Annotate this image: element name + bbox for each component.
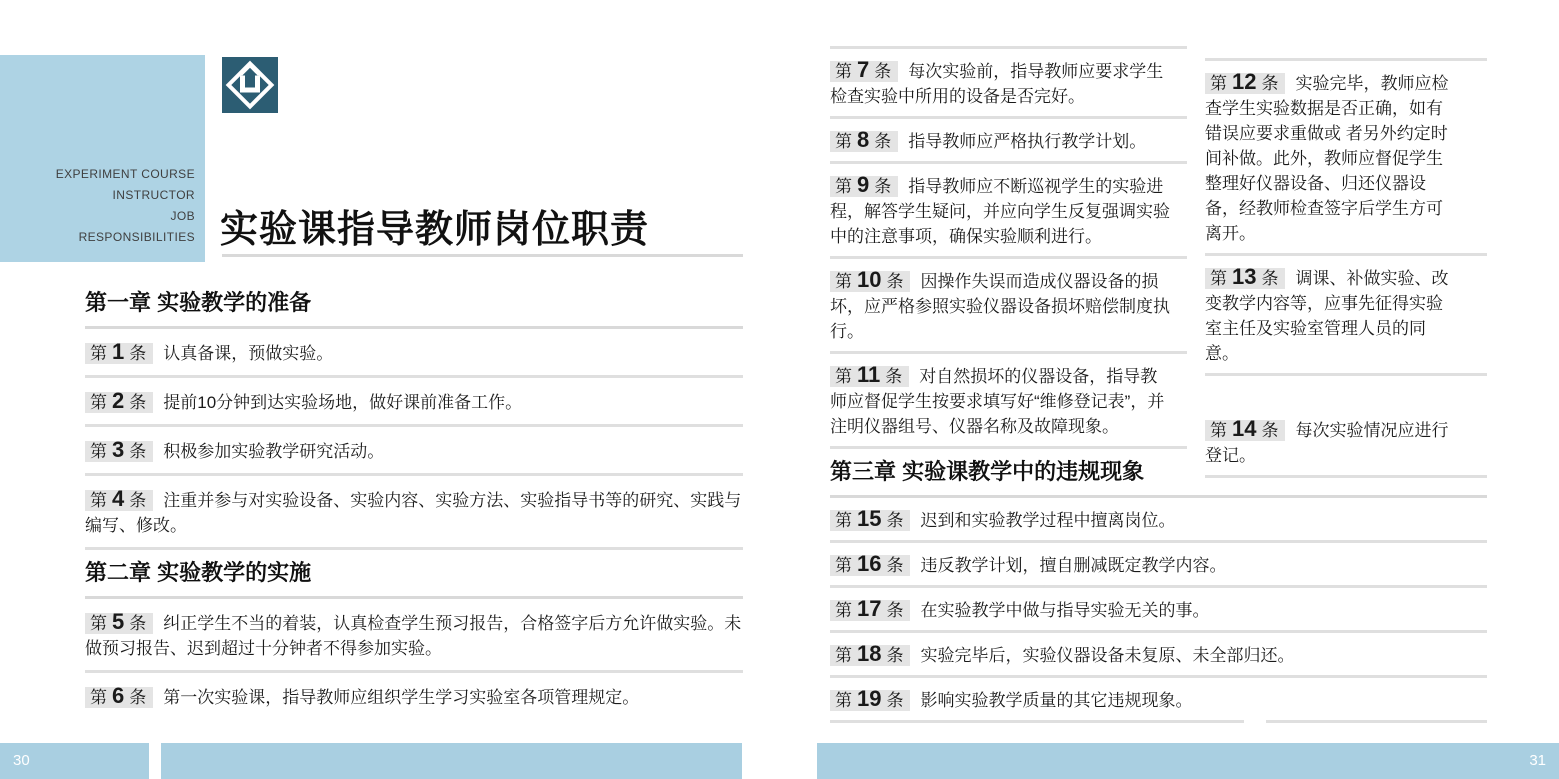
article-number: 11	[857, 362, 880, 387]
article-number: 18	[857, 641, 881, 666]
article-number-chip: 第1条	[85, 343, 153, 364]
article-row: 第15条迟到和实验教学过程中擅离岗位。	[830, 498, 1487, 543]
article-number-chip: 第4条	[85, 490, 153, 511]
article-number: 3	[112, 437, 124, 462]
article-number-suffix: 条	[129, 491, 146, 510]
article-number: 12	[1232, 69, 1256, 94]
article-number-chip: 第16条	[830, 555, 910, 576]
article-number-suffix: 条	[886, 556, 903, 575]
article-number: 15	[857, 506, 881, 531]
article-number-chip: 第3条	[85, 441, 153, 462]
article-number-suffix: 条	[129, 344, 146, 363]
chapter3-section: 第三章 实验课教学中的违规现象 第15条迟到和实验教学过程中擅离岗位。 第16条…	[830, 455, 1487, 723]
article-number-suffix: 条	[129, 688, 146, 707]
article-number-chip: 第10条	[830, 271, 910, 292]
article-row: 第4条注重并参与对实验设备、实验内容、实验方法、实验指导书等的研究、实践与编写、…	[85, 476, 743, 550]
article-text: 纠正学生不当的着装，认真检查学生预习报告，合格签字后方允许做实验。未做预习报告、…	[85, 614, 741, 658]
article-row: 第16条违反教学计划，擅自删减既定教学内容。	[830, 543, 1487, 588]
article-number-chip: 第6条	[85, 687, 153, 708]
article-number: 16	[857, 551, 881, 576]
article-row: 第11条对自然损坏的仪器设备，指导教师应督促学生按要求填写好“维修登记表”，并注…	[830, 354, 1187, 449]
chapter2-heading: 第二章 实验教学的实施	[85, 556, 743, 599]
article-number: 17	[857, 596, 881, 621]
title-underline	[222, 254, 743, 257]
article-number-prefix: 第	[835, 691, 852, 710]
article-number-prefix: 第	[90, 614, 107, 633]
article-number-chip: 第8条	[830, 131, 898, 152]
article-number-suffix: 条	[1261, 74, 1278, 93]
article-text: 指导教师应严格执行教学计划。	[908, 132, 1146, 151]
article-number: 9	[857, 172, 869, 197]
article-number-prefix: 第	[835, 556, 852, 575]
sidebar-line: EXPERIMENT COURSE	[56, 164, 195, 185]
article-row: 第1条认真备课，预做实验。	[85, 329, 743, 378]
article-row: 第10条因操作失误而造成仪器设备的损坏，应严格参照实验仪器设备损坏赔偿制度执行。	[830, 259, 1187, 354]
page-number-left: 30	[13, 752, 30, 769]
article-number-chip: 第15条	[830, 510, 910, 531]
chapter1-articles: 第1条认真备课，预做实验。 第2条提前10分钟到达实验场地，做好课前准备工作。 …	[85, 329, 743, 550]
article-text: 实验完毕，教师应检查学生实验数据是否正确，如有错误应要求重做或 者另外约定时间补…	[1205, 74, 1448, 243]
article-number-suffix: 条	[886, 511, 903, 530]
article-number-chip: 第18条	[830, 645, 910, 666]
sidebar-english-title: EXPERIMENT COURSE INSTRUCTOR JOB RESPONS…	[56, 164, 195, 248]
right-column-a-articles: 第7条每次实验前，指导教师应要求学生检查实验中所用的设备是否完好。 第8条指导教…	[830, 46, 1187, 449]
article-number-suffix: 条	[886, 601, 903, 620]
article-row: 第7条每次实验前，指导教师应要求学生检查实验中所用的设备是否完好。	[830, 49, 1187, 119]
article-number-chip: 第12条	[1205, 73, 1285, 94]
article-number: 13	[1232, 264, 1256, 289]
article-number-prefix: 第	[835, 601, 852, 620]
article-number-suffix: 条	[874, 62, 891, 81]
article-number: 5	[112, 609, 124, 634]
article-number-prefix: 第	[835, 367, 852, 386]
article-text: 迟到和实验教学过程中擅离岗位。	[920, 511, 1175, 530]
article-text: 实验完毕后，实验仪器设备未复原、未全部归还。	[920, 646, 1294, 665]
article-row: 第12条实验完毕，教师应检查学生实验数据是否正确，如有错误应要求重做或 者另外约…	[1205, 61, 1487, 256]
right-column-b-articles: 第12条实验完毕，教师应检查学生实验数据是否正确，如有错误应要求重做或 者另外约…	[1205, 58, 1487, 478]
article-number-chip: 第9条	[830, 176, 898, 197]
chapter1-heading: 第一章 实验教学的准备	[85, 286, 743, 329]
article-number-prefix: 第	[835, 646, 852, 665]
article-row: 第9条指导教师应不断巡视学生的实验进程，解答学生疑问，并应向学生反复强调实验中的…	[830, 164, 1187, 259]
article-row: 第13条调课、补做实验、改变教学内容等，应事先征得实验室主任及实验室管理人员的同…	[1205, 256, 1487, 376]
article-number-suffix: 条	[885, 367, 902, 386]
rule-segment	[1266, 720, 1487, 723]
chapter2-articles: 第5条纠正学生不当的着装，认真检查学生预习报告，合格签字后方允许做实验。未做预习…	[85, 599, 743, 719]
article-number: 14	[1232, 416, 1256, 441]
diamond-u-logo-icon	[222, 57, 278, 113]
article-number: 7	[857, 57, 869, 82]
article-number-suffix: 条	[886, 691, 903, 710]
article-row: 第18条实验完毕后，实验仪器设备未复原、未全部归还。	[830, 633, 1487, 678]
page-title: 实验课指导教师岗位职责	[220, 198, 649, 253]
article-number-chip: 第14条	[1205, 420, 1285, 441]
article-number-suffix: 条	[1261, 269, 1278, 288]
rule-segment	[830, 720, 1244, 723]
article-number-suffix: 条	[129, 442, 146, 461]
chapter3-heading: 第三章 实验课教学中的违规现象	[830, 455, 1487, 498]
left-footer-bar	[161, 743, 742, 779]
sidebar-banner: EXPERIMENT COURSE INSTRUCTOR JOB RESPONS…	[0, 55, 205, 262]
article-number: 6	[112, 683, 124, 708]
article-number-suffix: 条	[886, 646, 903, 665]
article-number-prefix: 第	[1210, 269, 1227, 288]
article-number-prefix: 第	[90, 344, 107, 363]
sidebar-line: JOB	[56, 206, 195, 227]
article-number-suffix: 条	[886, 272, 903, 291]
article-number-prefix: 第	[90, 442, 107, 461]
right-footer-pagenumber-bar: 31	[817, 743, 1559, 779]
article-number-prefix: 第	[835, 132, 852, 151]
article-number-chip: 第19条	[830, 690, 910, 711]
article-number: 4	[112, 486, 124, 511]
article-number-chip: 第11条	[830, 366, 909, 387]
article-text: 提前10分钟到达实验场地，做好课前准备工作。	[163, 393, 522, 412]
article-row: 第2条提前10分钟到达实验场地，做好课前准备工作。	[85, 378, 743, 427]
article-row: 第3条积极参加实验教学研究活动。	[85, 427, 743, 476]
article-number-prefix: 第	[1210, 74, 1227, 93]
article-number: 10	[857, 267, 881, 292]
article-number-prefix: 第	[835, 272, 852, 291]
article-text: 第一次实验课，指导教师应组织学生学习实验室各项管理规定。	[163, 688, 639, 707]
article-number: 1	[112, 339, 124, 364]
article-number-suffix: 条	[1261, 421, 1278, 440]
sidebar-line: INSTRUCTOR	[56, 185, 195, 206]
article-number-prefix: 第	[835, 511, 852, 530]
article-number-suffix: 条	[129, 393, 146, 412]
article-number-chip: 第2条	[85, 392, 153, 413]
article-number: 2	[112, 388, 124, 413]
article-number-prefix: 第	[90, 393, 107, 412]
article-number-suffix: 条	[874, 177, 891, 196]
article-text: 积极参加实验教学研究活动。	[163, 442, 384, 461]
section-bottom-rule	[830, 720, 1487, 723]
article-row: 第8条指导教师应严格执行教学计划。	[830, 119, 1187, 164]
article-row: 第17条在实验教学中做与指导实验无关的事。	[830, 588, 1487, 633]
article-text: 影响实验教学质量的其它违规现象。	[920, 691, 1192, 710]
article-number: 8	[857, 127, 869, 152]
article-number-prefix: 第	[835, 177, 852, 196]
article-text: 违反教学计划，擅自删减既定教学内容。	[920, 556, 1226, 575]
article-text: 注重并参与对实验设备、实验内容、实验方法、实验指导书等的研究、实践与编写、修改。	[85, 491, 741, 535]
page-number-right: 31	[1529, 752, 1546, 769]
article-row: 第6条第一次实验课，指导教师应组织学生学习实验室各项管理规定。	[85, 673, 743, 719]
article-text: 在实验教学中做与指导实验无关的事。	[920, 601, 1209, 620]
article-number-chip: 第7条	[830, 61, 898, 82]
article-row: 第19条影响实验教学质量的其它违规现象。	[830, 678, 1487, 720]
article-number-prefix: 第	[1210, 421, 1227, 440]
sidebar-line: RESPONSIBILITIES	[56, 227, 195, 248]
article-number-prefix: 第	[90, 491, 107, 510]
article-number: 19	[857, 686, 881, 711]
article-number-prefix: 第	[90, 688, 107, 707]
article-number-suffix: 条	[874, 132, 891, 151]
left-footer-pagenumber-bar: 30	[0, 743, 149, 779]
article-number-suffix: 条	[129, 614, 146, 633]
chapter3-articles: 第15条迟到和实验教学过程中擅离岗位。 第16条违反教学计划，擅自删减既定教学内…	[830, 498, 1487, 720]
left-page-content: 第一章 实验教学的准备 第1条认真备课，预做实验。 第2条提前10分钟到达实验场…	[85, 286, 743, 719]
article-number-prefix: 第	[835, 62, 852, 81]
article-number-chip: 第13条	[1205, 268, 1285, 289]
article-number-chip: 第5条	[85, 613, 153, 634]
article-number-chip: 第17条	[830, 600, 910, 621]
document-spread: EXPERIMENT COURSE INSTRUCTOR JOB RESPONS…	[0, 0, 1559, 779]
article-row: 第5条纠正学生不当的着装，认真检查学生预习报告，合格签字后方允许做实验。未做预习…	[85, 599, 743, 673]
article-text: 认真备课，预做实验。	[163, 344, 333, 363]
